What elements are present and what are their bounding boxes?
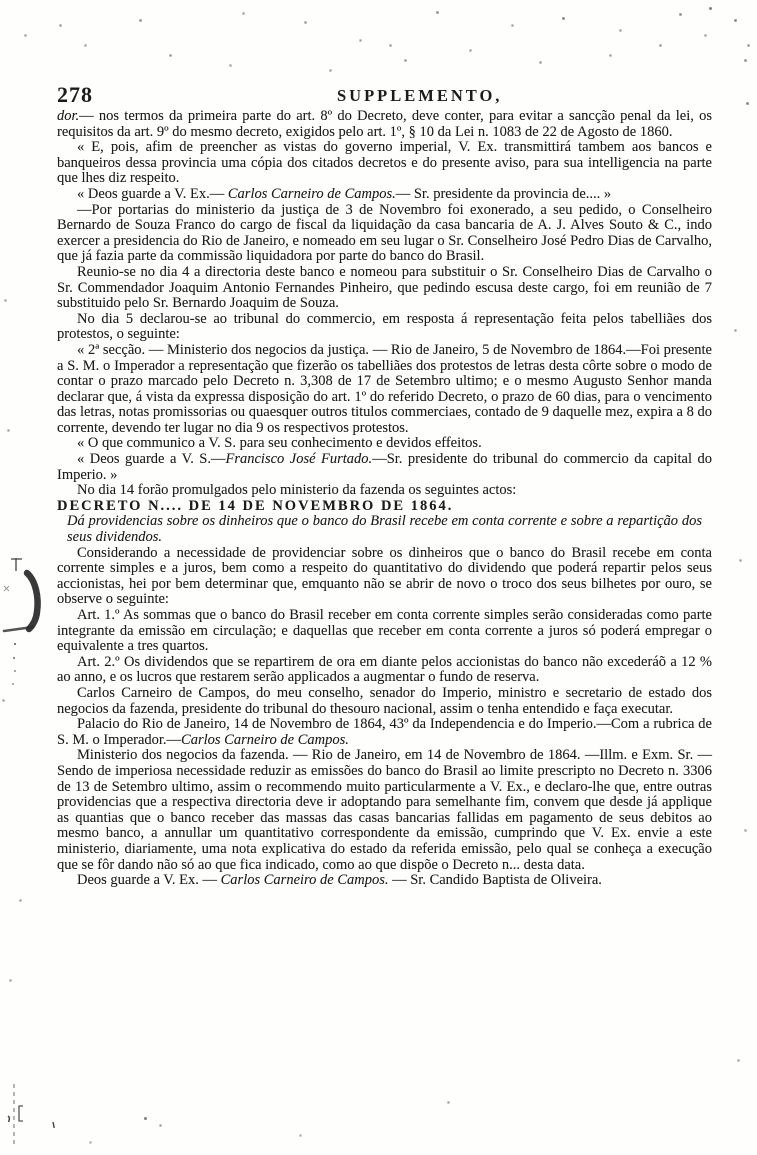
- decreto-heading: DECRETO N.... DE 14 DE NOVEMBRO DE 1864.: [57, 499, 712, 515]
- considerando-paragraph: Considerando a necessidade de providenci…: [57, 546, 712, 608]
- artigo-1: Art. 1.º As sommas que o banco do Brasil…: [57, 608, 712, 655]
- artigo-2: Art. 2.º Os dividendos que se repartirem…: [57, 655, 712, 686]
- tribunal-intro: No dia 5 declarou-se ao tribunal do comm…: [57, 312, 712, 343]
- decreto-summary: Dá providencias sobre os dinheiros que o…: [57, 514, 712, 545]
- fazenda-intro: No dia 14 forão promulgados pelo ministe…: [57, 483, 712, 499]
- seccao-paragraph: « 2ª secção. — Ministerio dos negocios d…: [57, 343, 712, 437]
- page-header: 278 SUPPLEMENTO,: [0, 82, 757, 108]
- communico-line: « O que communico a V. S. para seu conhe…: [57, 436, 712, 452]
- execucao-paragraph: Carlos Carneiro de Campos, do meu consel…: [57, 686, 712, 717]
- portarias-paragraph: —Por portarias do ministerio da justiça …: [57, 203, 712, 265]
- ministerio-aviso: Ministerio dos negocios da fazenda. — Ri…: [57, 748, 712, 873]
- continuation-paragraph: dor.— nos termos da primeira parte do ar…: [57, 109, 712, 140]
- document-page: 278 SUPPLEMENTO, dor.— nos termos da pri…: [0, 0, 757, 1155]
- scan-noise-speckles: [0, 0, 1, 1]
- page-number: 278: [57, 82, 93, 108]
- final-signature: Deos guarde a V. Ex. — Carlos Carneiro d…: [57, 873, 712, 889]
- reuniao-paragraph: Reunio-se no dia 4 a directoria deste ba…: [57, 265, 712, 312]
- furtado-signature: « Deos guarde a V. S.—Francisco José Fur…: [57, 452, 712, 483]
- aviso-signature: « Deos guarde a V. Ex.— Carlos Carneiro …: [57, 187, 712, 203]
- margin-marks-bottom: [0, 1080, 60, 1152]
- palacio-paragraph: Palacio do Rio de Janeiro, 14 de Novembr…: [57, 717, 712, 748]
- page-header-title: SUPPLEMENTO,: [337, 86, 502, 106]
- aviso-paragraph: « E, pois, afim de preencher as vistas d…: [57, 140, 712, 187]
- margin-ink-mark: [0, 540, 60, 700]
- document-body: dor.— nos termos da primeira parte do ar…: [57, 109, 712, 889]
